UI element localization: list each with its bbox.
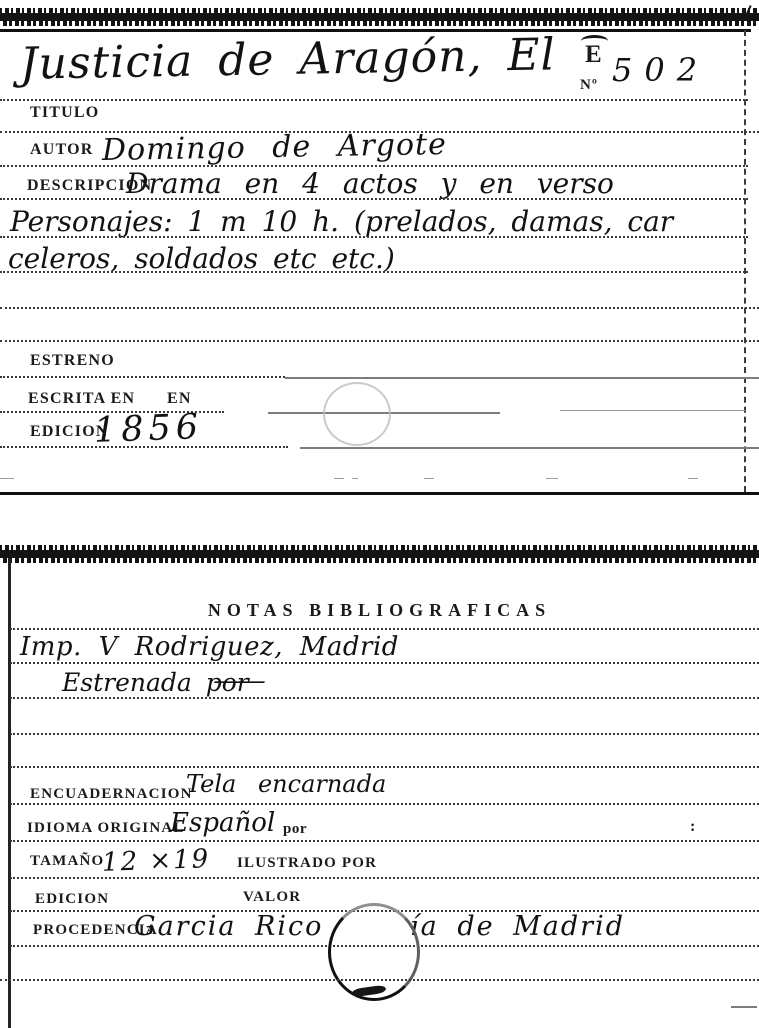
dotted-rule bbox=[0, 198, 748, 200]
solid-rule bbox=[300, 447, 759, 449]
scanned-catalog-card-page: Justicia de Aragón, El E Nº 502 TITULO A… bbox=[0, 0, 759, 1028]
field-label-tamano: TAMAÑO bbox=[30, 853, 104, 870]
autor-value: Domingo de Argote bbox=[102, 130, 447, 166]
dotted-rule bbox=[10, 766, 759, 768]
field-label-en: EN bbox=[167, 390, 192, 408]
dotted-rule bbox=[10, 628, 759, 630]
field-label-ilustrado-por: ILUSTRADO POR bbox=[237, 855, 377, 872]
dotted-rule bbox=[0, 340, 759, 342]
dotted-rule bbox=[0, 99, 748, 101]
descripcion-line3: celeros, soldados etc etc.) bbox=[8, 245, 395, 273]
number-label: Nº bbox=[580, 77, 598, 94]
field-label-edicion-back: EDICION bbox=[35, 891, 109, 908]
dotted-rule bbox=[0, 271, 748, 273]
imprenta-note: Imp. V Rodriguez, Madrid bbox=[20, 634, 399, 660]
field-label-encuadernacion: ENCUADERNACION bbox=[30, 786, 193, 803]
faint-smudge-circle bbox=[323, 382, 391, 446]
dotted-rule bbox=[0, 376, 285, 378]
faint-rule bbox=[0, 478, 14, 479]
dotted-rule bbox=[10, 877, 759, 879]
dotted-rule bbox=[10, 662, 759, 664]
faint-rule bbox=[546, 478, 558, 479]
faint-rule bbox=[334, 478, 344, 479]
torn-edge-card-back bbox=[0, 545, 759, 563]
stray-dash bbox=[731, 1006, 757, 1008]
edicion-value: 1856 bbox=[93, 410, 203, 449]
descripcion-line2: Personajes: 1 m 10 h. (prelados, damas, … bbox=[10, 208, 673, 236]
field-label-escrita-en: ESCRITA EN bbox=[28, 390, 135, 408]
faint-rule bbox=[424, 478, 434, 479]
field-label-valor: VALOR bbox=[243, 889, 301, 906]
faint-rule bbox=[352, 478, 358, 479]
card-front-bottom-border bbox=[0, 492, 759, 495]
field-label-idioma-original: IDIOMA ORIGINAL bbox=[27, 820, 185, 837]
torn-edge-card-front bbox=[0, 8, 759, 26]
procedencia-value-right: ía de Madrid bbox=[410, 913, 625, 940]
field-label-autor: AUTOR bbox=[30, 141, 94, 159]
series-letter: E bbox=[585, 41, 602, 69]
estrenada-dash: — bbox=[212, 668, 267, 693]
field-label-por: por bbox=[283, 821, 307, 838]
encuadernacion-value: Tela encarnada bbox=[186, 772, 386, 796]
solid-rule bbox=[285, 377, 759, 379]
notas-header: NOTAS BIBLIOGRAFICAS bbox=[0, 600, 759, 621]
descripcion-line1: Drama en 4 actos y en verso bbox=[126, 170, 614, 198]
number-value: 502 bbox=[612, 54, 709, 86]
dotted-rule bbox=[0, 446, 288, 448]
idioma-value: Español bbox=[170, 810, 275, 836]
dotted-rule bbox=[0, 979, 759, 981]
dotted-rule bbox=[10, 803, 759, 805]
procedencia-value-left: Garcia Rico bbox=[134, 913, 323, 940]
dotted-rule bbox=[10, 697, 759, 699]
tamano-value: 12 ×19 bbox=[102, 846, 211, 876]
dotted-rule bbox=[10, 733, 759, 735]
dotted-rule bbox=[0, 236, 748, 238]
dotted-rule bbox=[0, 307, 759, 309]
field-label-estreno: ESTRENO bbox=[30, 352, 115, 370]
faint-rule bbox=[688, 478, 698, 479]
faint-rule bbox=[560, 410, 745, 411]
field-label-titulo: TITULO bbox=[30, 104, 99, 122]
dotted-rule bbox=[10, 840, 759, 842]
title-script: Justicia de Aragón, El bbox=[20, 33, 556, 86]
colon-mark: : bbox=[690, 818, 697, 836]
